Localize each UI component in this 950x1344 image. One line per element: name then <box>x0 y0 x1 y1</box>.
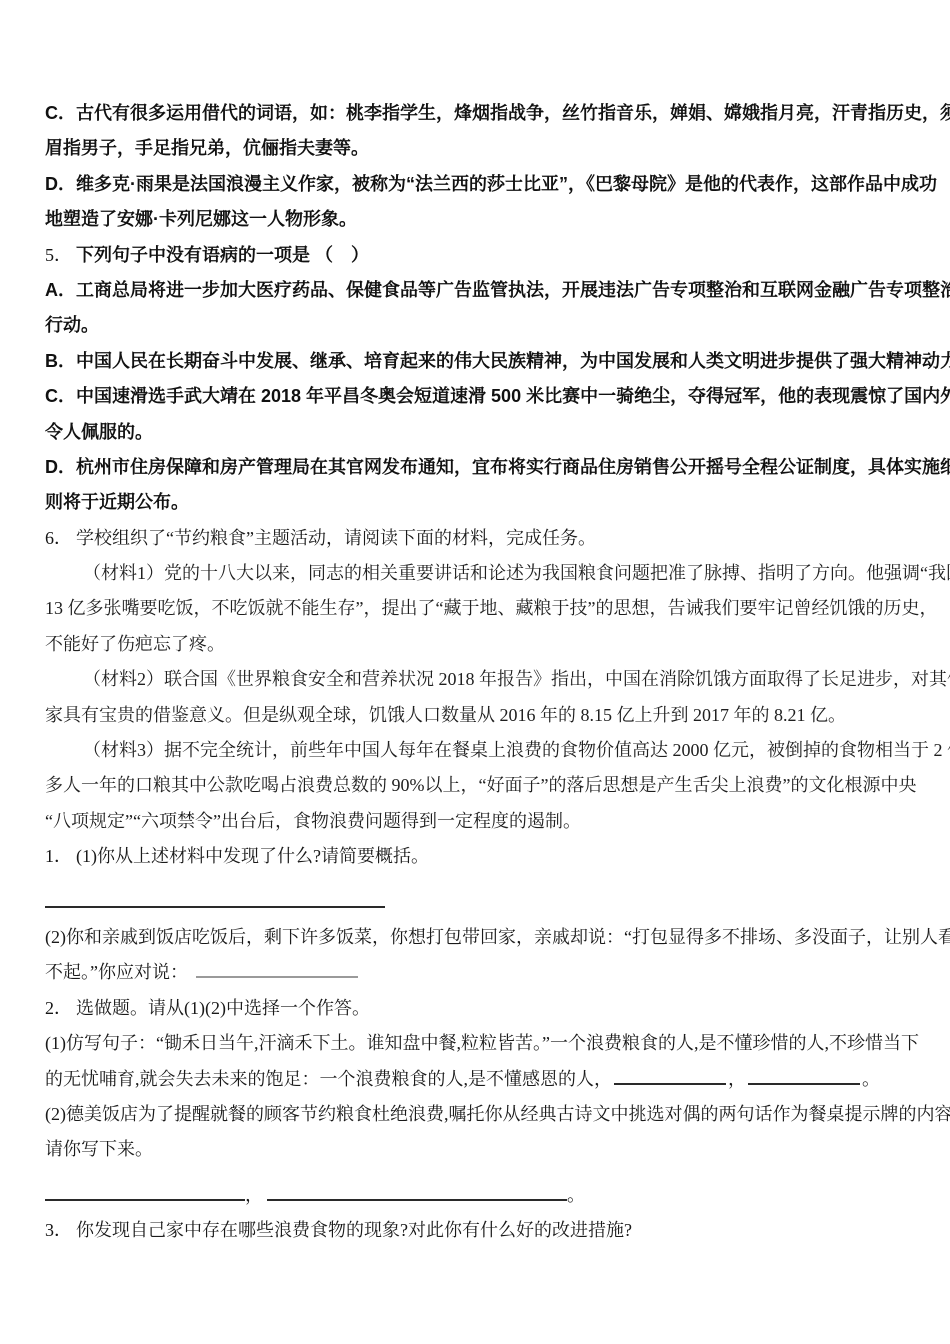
task-2-1-text: 的无忧哺育,就会失去未来的饱足：一个浪费粮食的人,是不懂感恩的人， <box>45 1069 612 1089</box>
couplet-separator-comma: ， <box>245 1185 263 1205</box>
task-3-stem-text: 你发现自己家中存在哪些浪费食物的现象?对此你有什么好的改进措施? <box>76 1220 632 1240</box>
blank-separator-comma: ， <box>728 1069 746 1089</box>
task-2-1-line-2: 的无忧哺育,就会失去未来的饱足：一个浪费粮食的人,是不懂感恩的人，，。 <box>45 1062 910 1097</box>
q5-option-a: A．工商总局将进一步加大医疗药品、保健食品等广告监管执法，开展违法广告专项整治和… <box>45 273 910 308</box>
answer-blank-pair-line: ，。 <box>45 1178 910 1213</box>
task-1-number: 1． <box>45 846 72 866</box>
q6-number: 6． <box>45 528 72 548</box>
material-3-line-3: “八项规定”“六项禁令”出台后，食物浪费问题得到一定程度的遏制。 <box>45 804 910 839</box>
material-2-line-1: （材料2）联合国《世界粮食安全和营养状况 2018 年报告》指出，中国在消除饥饿… <box>45 662 910 697</box>
reply-answer-blank <box>196 958 358 978</box>
task-2-stem-text: 选做题。请从(1)(2)中选择一个作答。 <box>76 998 370 1018</box>
task-2-2-line-1: (2)德美饭店为了提醒就餐的顾客节约粮食杜绝浪费,嘱托你从经典古诗文中挑选对偶的… <box>45 1097 910 1132</box>
task-2-number: 2． <box>45 998 72 1018</box>
material-1-line-3: 不能好了伤疤忘了疼。 <box>45 627 910 662</box>
material-1-line-1: （材料1）党的十八大以来，同志的相关重要讲话和论述为我国粮食问题把准了脉搏、指明… <box>45 556 910 591</box>
fill-blank-2 <box>748 1065 860 1085</box>
task-1-2-reply-label: 不起。”你应对说： <box>45 962 188 982</box>
blank-end-period: 。 <box>862 1069 880 1089</box>
material-2-line-2: 家具有宝贵的借鉴意义。但是纵观全球，饥饿人口数量从 2016 年的 8.15 亿… <box>45 698 910 733</box>
q5-option-a-cont: 行动。 <box>45 308 910 343</box>
task-2-2-line-2: 请你写下来。 <box>45 1132 910 1167</box>
q4-option-d-cont: 地塑造了安娜·卡列尼娜这一人物形象。 <box>45 202 910 237</box>
couplet-end-period: 。 <box>567 1185 585 1205</box>
task-1-stem-text: (1)你从上述材料中发现了什么?请简要概括。 <box>76 846 429 866</box>
q5-option-b: B．中国人民在长期奋斗中发展、继承、培育起来的伟大民族精神，为中国发展和人类文明… <box>45 344 910 379</box>
material-3-line-1: （材料3）据不完全统计，前些年中国人每年在餐桌上浪费的食物价值高达 2000 亿… <box>45 733 910 768</box>
answer-blank-line <box>45 885 910 920</box>
answer-blank <box>45 888 385 908</box>
q4-option-c: C．古代有很多运用借代的词语，如：桃李指学生，烽烟指战争，丝竹指音乐，婵娟、嫦娥… <box>45 96 910 131</box>
task-2-stem: 2．选做题。请从(1)(2)中选择一个作答。 <box>45 991 910 1026</box>
task-1-2-line-2: 不起。”你应对说： <box>45 955 910 990</box>
q5-stem-text: 下列句子中没有语病的一项是 （ ） <box>76 245 369 265</box>
q5-number: 5． <box>45 245 72 265</box>
q4-option-c-cont: 眉指男子，手足指兄弟，伉俪指夫妻等。 <box>45 131 910 166</box>
fill-blank-1 <box>614 1065 726 1085</box>
material-3-line-2: 多人一年的口粮其中公款吃喝占浪费总数的 90%以上，“好面子”的落后思想是产生舌… <box>45 768 910 803</box>
q5-stem: 5．下列句子中没有语病的一项是 （ ） <box>45 238 910 273</box>
q5-option-d: D．杭州市住房保障和房产管理局在其官网发布通知，宜布将实行商品住房销售公开摇号全… <box>45 450 910 485</box>
q5-option-c-cont: 令人佩服的。 <box>45 415 910 450</box>
material-1-line-2: 13 亿多张嘴要吃饭，不吃饭就不能生存”，提出了“藏于地、藏粮于技”的思想，告诫… <box>45 591 910 626</box>
task-2-1-line-1: (1)仿写句子：“锄禾日当午,汗滴禾下土。谁知盘中餐,粒粒皆苦。”一个浪费粮食的… <box>45 1026 910 1061</box>
couplet-blank-2 <box>267 1181 567 1201</box>
q5-option-c: C．中国速滑选手武大靖在 2018 年平昌冬奥会短道速滑 500 米比赛中一骑绝… <box>45 379 910 414</box>
q6-stem-text: 学校组织了“节约粮食”主题活动，请阅读下面的材料，完成任务。 <box>76 528 596 548</box>
q6-stem: 6．学校组织了“节约粮食”主题活动，请阅读下面的材料，完成任务。 <box>45 521 910 556</box>
q5-option-d-cont: 则将于近期公布。 <box>45 485 910 520</box>
task-1-stem: 1．(1)你从上述材料中发现了什么?请简要概括。 <box>45 839 910 874</box>
task-3-stem: 3．你发现自己家中存在哪些浪费食物的现象?对此你有什么好的改进措施? <box>45 1213 910 1248</box>
task-1-2-line-1: (2)你和亲戚到饭店吃饭后，剩下许多饭菜，你想打包带回家，亲戚却说：“打包显得多… <box>45 920 910 955</box>
exam-page: C．古代有很多运用借代的词语，如：桃李指学生，烽烟指战争，丝竹指音乐，婵娟、嫦娥… <box>0 0 950 1344</box>
q4-option-d: D．维多克·雨果是法国浪漫主义作家，被称为“法兰西的莎士比亚”，《巴黎母院》是他… <box>45 167 910 202</box>
couplet-blank-1 <box>45 1181 245 1201</box>
task-3-number: 3． <box>45 1220 72 1240</box>
